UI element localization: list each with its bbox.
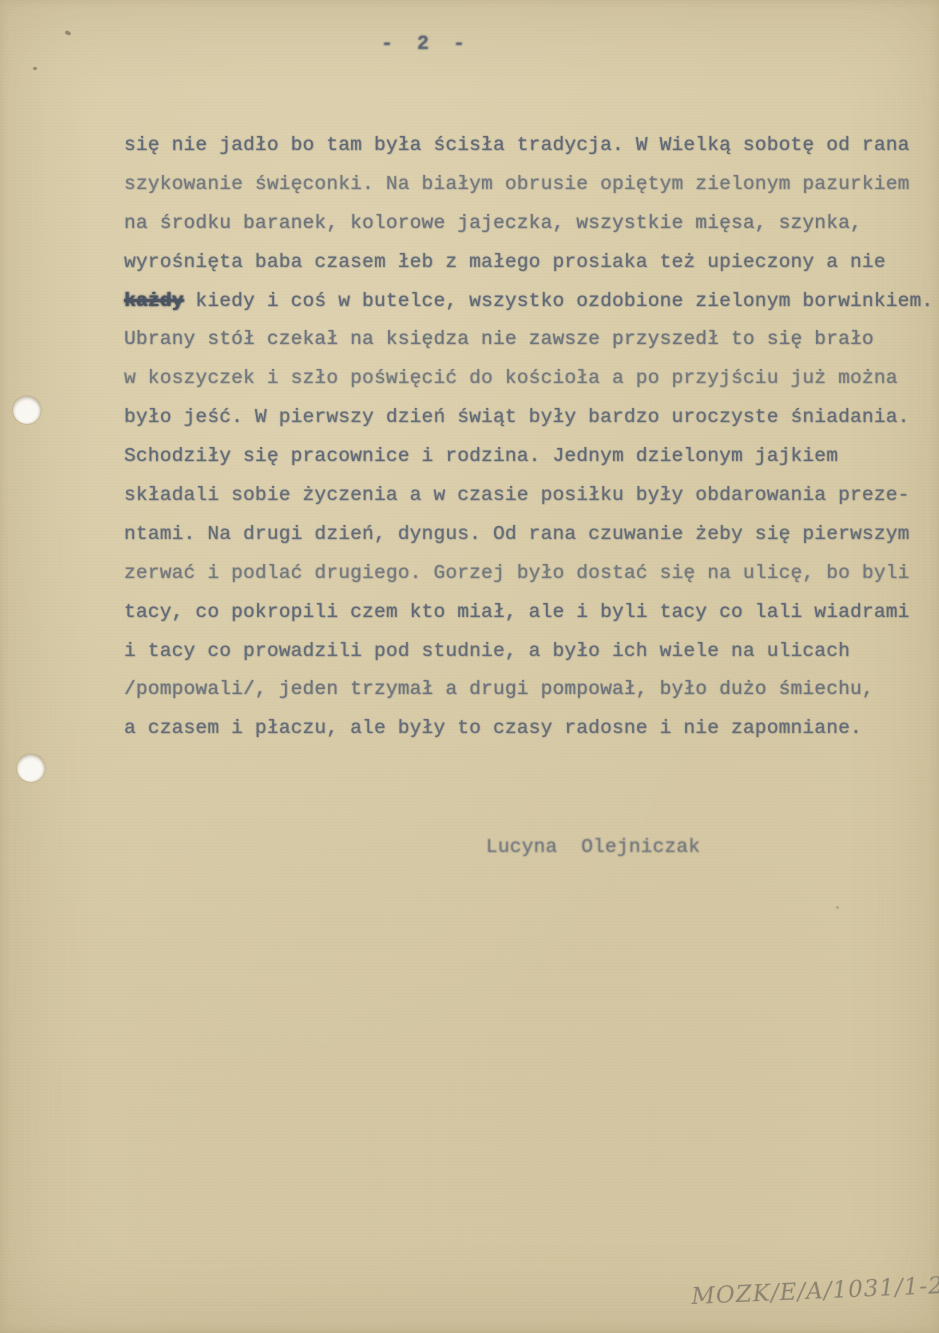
typed-text-block: się nie jadło bo tam była ścisła tradycj…	[124, 134, 924, 756]
typed-line: składali sobie życzenia a w czasie posił…	[124, 484, 924, 523]
paper-speck	[33, 67, 37, 70]
typed-line: szykowanie święconki. Na białym obrusie …	[124, 173, 924, 212]
paper-speck	[836, 906, 839, 909]
page-number: - 2 -	[0, 33, 852, 56]
typed-line: i tacy co prowadzili pod studnie, a było…	[124, 640, 924, 679]
typed-line: ntami. Na drugi dzień, dyngus. Od rana c…	[124, 523, 924, 562]
punch-hole-bottom	[17, 754, 45, 782]
signature: Lucyna Olejniczak	[486, 836, 700, 858]
typed-line: Schodziły się pracownice i rodzina. Jedn…	[124, 445, 924, 484]
scanned-document-page: - 2 - się nie jadło bo tam była ścisła t…	[0, 0, 939, 1333]
typed-line: każdy kiedy i coś w butelce, wszystko oz…	[124, 290, 924, 329]
typed-line: było jeść. W pierwszy dzień świąt były b…	[124, 406, 924, 445]
archival-reference: MOZK/E/A/1031/1-2/2	[691, 1272, 939, 1310]
typed-line: zerwać i podlać drugiego. Gorzej było do…	[124, 562, 924, 601]
strikethrough-word: każdy	[124, 290, 184, 312]
typed-line: w koszyczek i szło poświęcić do kościoła…	[124, 367, 924, 406]
typed-line: wyrośnięta baba czasem łeb z małego pros…	[124, 251, 924, 290]
punch-hole-top	[13, 396, 41, 424]
typed-line: tacy, co pokropili czem kto miał, ale i …	[124, 601, 924, 640]
typed-line: /pompowali/, jeden trzymał a drugi pompo…	[124, 678, 924, 717]
typed-line: się nie jadło bo tam była ścisła tradycj…	[124, 134, 924, 173]
typed-line: Ubrany stół czekał na księdza nie zawsze…	[124, 328, 924, 367]
typed-line: a czasem i płaczu, ale były to czasy rad…	[124, 717, 924, 756]
typed-line: na środku baranek, kolorowe jajeczka, ws…	[124, 212, 924, 251]
